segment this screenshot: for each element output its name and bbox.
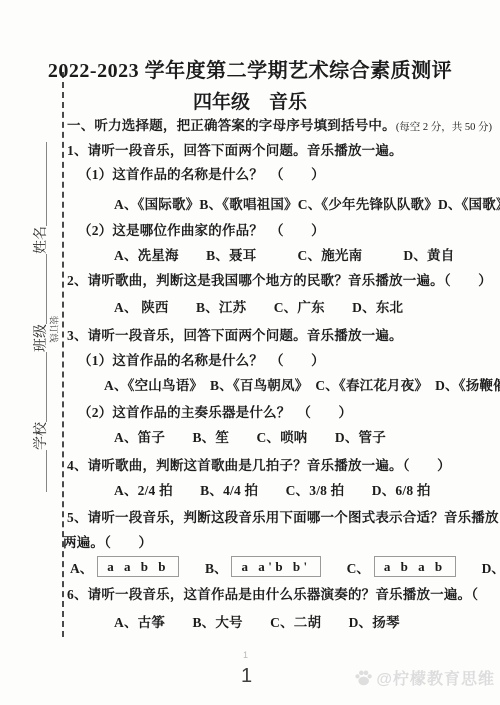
question-3-sub-2: （2）这首作品的主奏乐器是什么？ （ ） xyxy=(78,404,352,422)
question-5-option-d: D、a b c d xyxy=(482,556,500,577)
question-3-sub-2-options: A、笛子 B、笙 C、唢呐 D、管子 xyxy=(114,429,386,447)
option-b-box: a a'b b' xyxy=(231,556,320,577)
option-b-label: B、 xyxy=(205,557,228,577)
exam-paper-page: ＿＿＿学校＿＿＿＿＿班级＿＿＿＿＿姓名＿＿＿＿＿＿ 装订线 2022-2023 … xyxy=(0,0,500,705)
page-marker: 1 xyxy=(243,650,248,660)
binding-line-label: 装订线 xyxy=(48,316,61,346)
question-4-options: A、2/4 拍 B、4/4 拍 C、3/8 拍 D、6/8 拍 xyxy=(114,482,431,500)
paw-icon xyxy=(354,669,373,686)
points-note: (每空 2 分，共 50 分) xyxy=(396,122,492,133)
question-5-option-a: A、a a b b xyxy=(70,556,179,577)
question-3-stem: 3、请听一段音乐，回答下面两个问题。音乐播放一遍。 xyxy=(67,327,403,345)
watermark: @柠檬教育思维 xyxy=(354,666,495,689)
section-header: 一、听力选择题，把正确答案的字母序号填到括号中。(每空 2 分，共 50 分) xyxy=(67,117,492,137)
question-3-sub-1-options: A、《空山鸟语》 B、《百鸟朝凤》 C、《春江花月夜》 D、《扬鞭催马》 xyxy=(104,377,500,395)
question-5-option-b: B、a a'b b' xyxy=(205,556,321,577)
question-6-stem: 6、请听一段音乐，这首作品是由什么乐器演奏的？音乐播放一遍。（ ） xyxy=(67,586,500,604)
question-6-options: A、古筝 B、大号 C、二胡 D、扬琴 xyxy=(114,614,400,632)
option-d-label: D、 xyxy=(482,557,500,577)
question-4-stem: 4、请听歌曲，判断这首歌曲是几拍子？音乐播放一遍。（ ） xyxy=(67,457,451,475)
question-1-stem: 1、请听一段音乐，回答下面两个问题。音乐播放一遍。 xyxy=(67,142,403,160)
page-number: 1 xyxy=(241,665,252,688)
question-1-sub-1-options: A、《国际歌》B、《歌唱祖国》C、《少年先锋队队歌》D、《国歌》 xyxy=(114,196,500,214)
option-a-box: a a b b xyxy=(97,556,179,577)
question-5-stem-line-2: 两遍。（ ） xyxy=(63,534,152,552)
student-info-fields: ＿＿＿学校＿＿＿＿＿班级＿＿＿＿＿姓名＿＿＿＿＿＿ xyxy=(30,118,50,492)
question-5-options-row: A、a a b b B、a a'b b' C、a b a b D、a b c d xyxy=(70,556,500,577)
exam-title: 2022-2023 学年度第二学期艺术综合素质测评 xyxy=(0,54,500,83)
section-instruction: 一、听力选择题，把正确答案的字母序号填到括号中。 xyxy=(67,118,396,133)
exam-subtitle: 四年级 音乐 xyxy=(0,87,500,114)
question-2-options: A、 陕西 B、江苏 C、广东 D、东北 xyxy=(114,299,403,317)
question-1-sub-2-options: A、冼星海 B、聂耳 C、施光南 D、黄自 xyxy=(114,247,454,265)
question-5-option-c: C、a b a b xyxy=(347,556,456,577)
option-c-label: C、 xyxy=(347,557,370,577)
question-1-sub-2: （2）这是哪位作曲家的作品？ （ ） xyxy=(78,222,325,240)
binding-dashed-line xyxy=(62,72,64,637)
question-2-stem: 2、请听歌曲，判断这是我国哪个地方的民歌？音乐播放一遍。（ ） xyxy=(67,272,492,290)
question-1-sub-1: （1）这首作品的名称是什么？ （ ） xyxy=(78,166,325,184)
question-5-stem-line-1: 5、请听一段音乐，判断这段音乐用下面哪一个图式表示合适？音乐播放 xyxy=(67,509,499,527)
watermark-text: @柠檬教育思维 xyxy=(376,666,495,689)
option-c-box: a b a b xyxy=(374,556,456,577)
question-3-sub-1: （1）这首作品的名称是什么？ （ ） xyxy=(78,352,325,370)
option-a-label: A、 xyxy=(70,557,93,577)
